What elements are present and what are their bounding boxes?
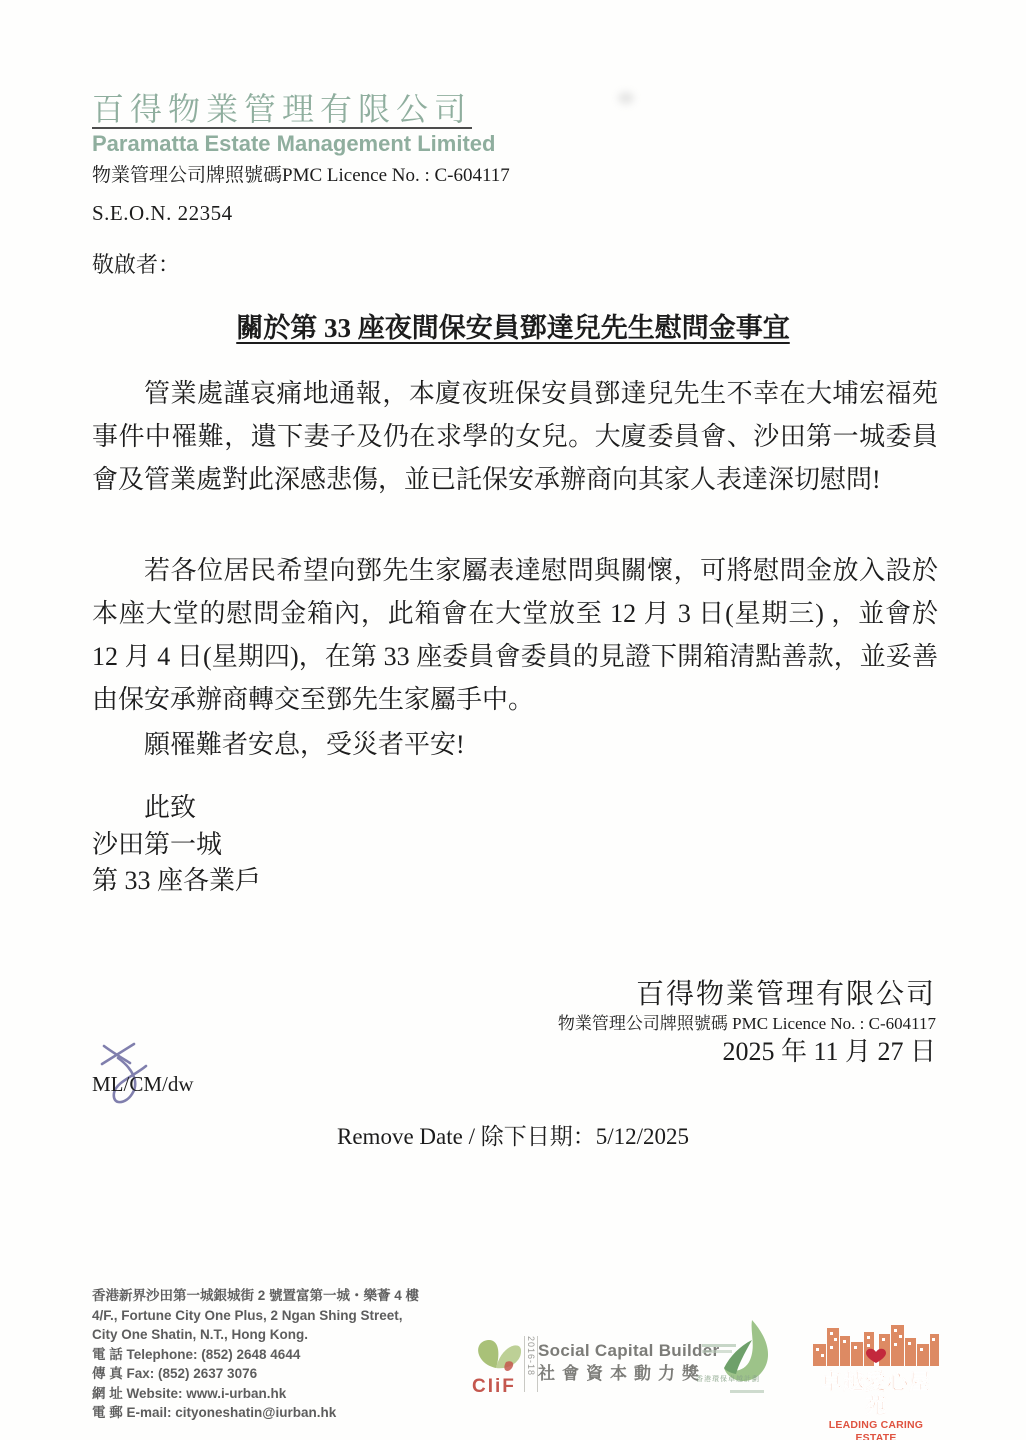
- email-line: 電 郵 E-mail: cityoneshatin@iurban.hk: [92, 1403, 419, 1423]
- pmc-licence-number: 物業管理公司牌照號碼PMC Licence No. : C-604117: [92, 160, 510, 187]
- environmental-award-label: 香港環保卓越計劃: [696, 1374, 766, 1384]
- letter-page: 百得物業管理有限公司 Paramatta Estate Management L…: [0, 0, 1026, 1440]
- company-name-en: Paramatta Estate Management Limited: [92, 131, 495, 157]
- caring-skyline-icon: [813, 1320, 939, 1366]
- ciif-acronym: CIiF: [472, 1376, 516, 1397]
- reference-initials: ML/CM/dw: [92, 1072, 194, 1097]
- paragraph-condolence: 願罹難者安息，受災者平安!: [92, 723, 938, 766]
- signature-licence: 物業管理公司牌照號碼 PMC Licence No. : C-604117: [558, 1012, 936, 1035]
- website-line: 網 址 Website: www.i-urban.hk: [92, 1384, 419, 1404]
- address-line-en1: 4/F., Fortune City One Plus, 2 Ngan Shin…: [92, 1306, 419, 1326]
- signature-block: 百得物業管理有限公司 物業管理公司牌照號碼 PMC Licence No. : …: [558, 978, 936, 1068]
- caring-estate-logo: 卓越愛心屋苑 LEADING CARING ESTATE: [812, 1320, 940, 1440]
- footer-logos: CIiF 2016-18 Social Capital Builder 社會資本…: [460, 1314, 940, 1414]
- notice-title: 關於第 33 座夜間保安員鄧達兒先生慰問金事宜: [0, 306, 1026, 345]
- remove-date: Remove Date / 除下日期：5/12/2025: [0, 1118, 1026, 1151]
- company-name-zh: 百得物業管理有限公司: [92, 84, 472, 130]
- ciif-logo-icon: CIiF: [468, 1330, 528, 1402]
- footer-address: 香港新界沙田第一城銀城街 2 號置富第一城・樂薈 4 樓 4/F., Fortu…: [92, 1286, 419, 1423]
- recipient-estate: 沙田第一城: [92, 824, 222, 861]
- recipient-block: 第 33 座各業戶: [92, 860, 261, 897]
- telephone-line: 電 話 Telephone: (852) 2648 4644: [92, 1345, 419, 1365]
- scb-award-text: Social Capital Builder 社會資本動力獎: [538, 1340, 719, 1386]
- seon-reference: S.E.O.N. 22354: [92, 201, 233, 226]
- scan-smudge: [618, 92, 634, 104]
- fax-line: 傳 真 Fax: (852) 2637 3076: [92, 1364, 419, 1384]
- closing-cilu: 此致: [92, 787, 196, 824]
- signature-date: 2025 年 11 月 27 日: [558, 1035, 936, 1068]
- signature-company: 百得物業管理有限公司: [558, 978, 936, 1012]
- caring-title-en: LEADING CARING ESTATE: [812, 1419, 940, 1440]
- paragraph-announcement: 管業處謹哀痛地通報，本廈夜班保安員鄧達兒先生不幸在大埔宏福苑事件中罹難，遺下妻子…: [92, 372, 938, 501]
- ciif-years: 2016-18: [524, 1336, 538, 1392]
- header-divider: [92, 127, 472, 129]
- caring-title-zh: 卓越愛心屋苑: [812, 1371, 940, 1419]
- environmental-award-icon: [700, 1316, 790, 1408]
- paragraph-donation-box: 若各位居民希望向鄧先生家屬表達慰問與關懷，可將慰問金放入設於本座大堂的慰問金箱內…: [92, 549, 938, 721]
- address-line-en2: City One Shatin, N.T., Hong Kong.: [92, 1325, 419, 1345]
- address-line-zh: 香港新界沙田第一城銀城街 2 號置富第一城・樂薈 4 樓: [92, 1286, 419, 1306]
- scb-award-zh: 社會資本動力獎: [538, 1362, 719, 1386]
- salutation: 敬啟者：: [92, 248, 180, 279]
- scb-award-en: Social Capital Builder: [538, 1340, 719, 1362]
